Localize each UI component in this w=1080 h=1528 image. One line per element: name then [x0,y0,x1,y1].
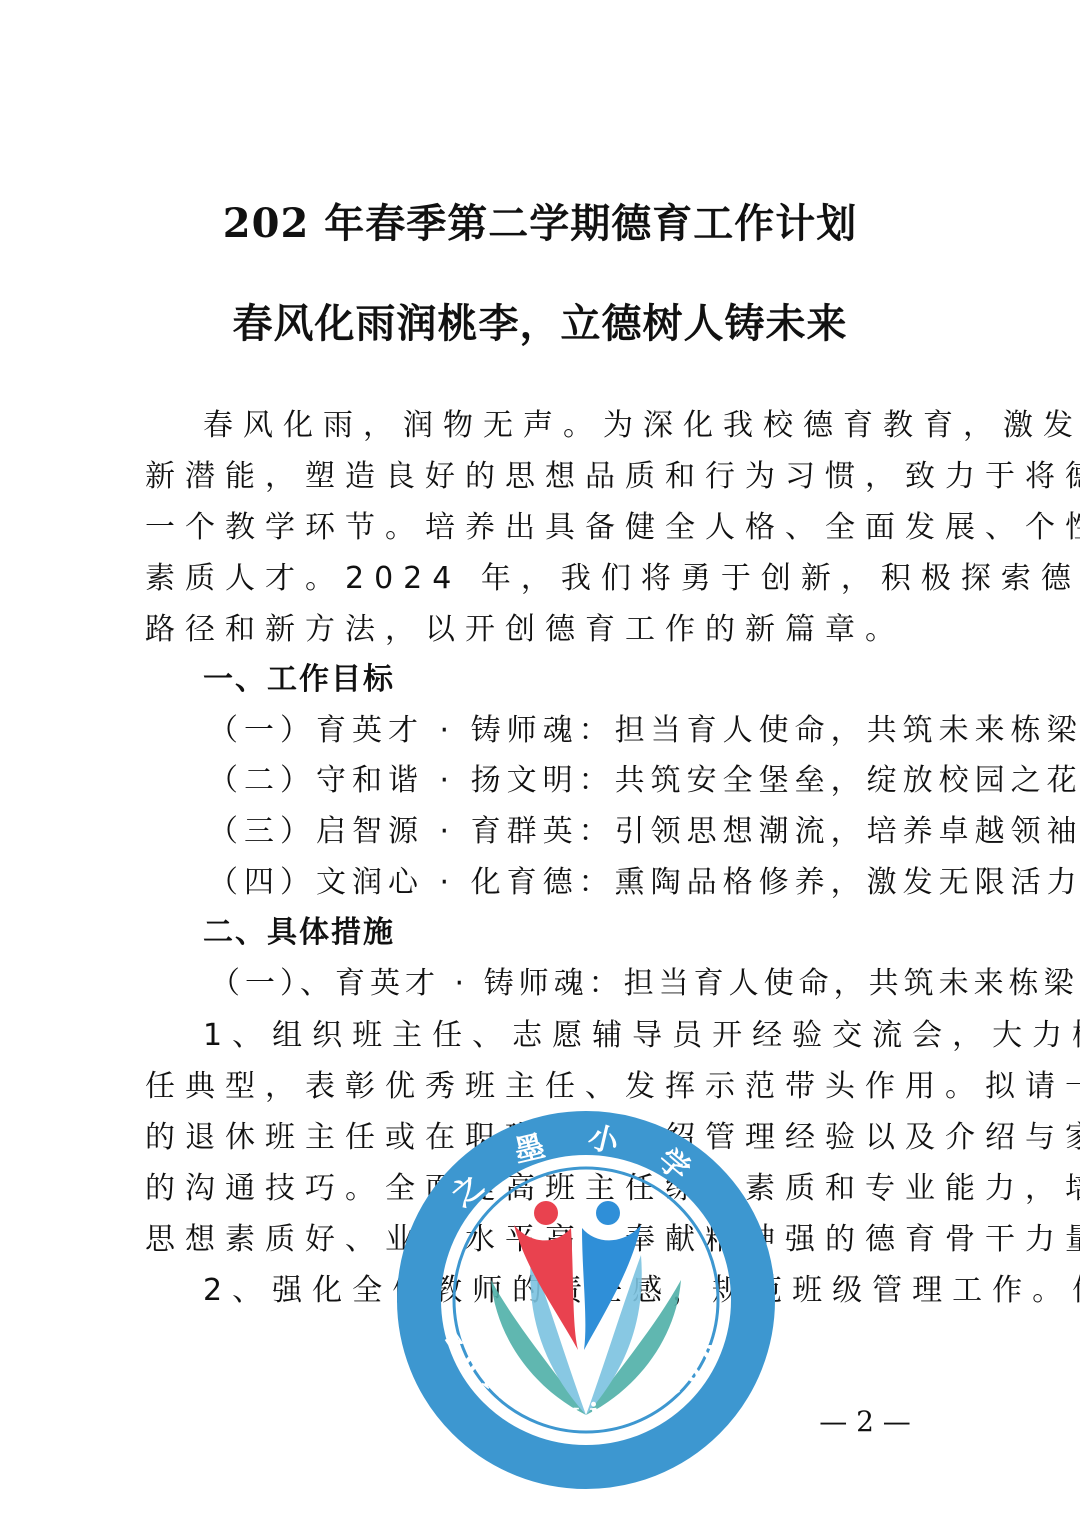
intro-line: 春风化雨，润物无声。为深化我校德育教育，激发学生的创 [145,400,945,451]
document-subtitle: 春风化雨润桃李，立德树人铸未来 [0,292,1080,349]
goal-item: （四）文润心 · 化育德：熏陶品格修养，激发无限活力 [208,857,898,908]
measure-line: 1、组织班主任、志愿辅导员开经验交流会，大力树立班主 [145,1010,945,1061]
intro-line: 新潜能，塑造良好的思想品质和行为习惯，致力于将德育融入每 [145,451,945,502]
goal-item: （二）守和谐 · 扬文明：共筑安全堡垒，绽放校园之花 [208,755,898,806]
intro-line: 素质人才。2024 年，我们将勇于创新，积极探索德育工作的新 [145,553,945,604]
goal-item: （三）启智源 · 育群英：引领思想潮流，培养卓越领袖 [208,806,898,857]
measure-subheading: （一）、育英才 · 铸师魂：担当育人使命，共筑未来栋梁 [210,958,912,1009]
goal-item: （一）育英才 · 铸师魂：担当育人使命，共筑未来栋梁 [208,705,898,756]
school-logo-watermark: 之墨小学 zhimoxiaoxue [396,1110,776,1490]
measure-line: 任典型，表彰优秀班主任、发挥示范带头作用。拟请一批有经验 [145,1061,945,1112]
section-heading-goals: 一、工作目标 [203,654,395,705]
page-number: — 2 — [810,1405,920,1438]
intro-line: 路径和新方法，以开创德育工作的新篇章。 [145,604,945,655]
document-title: 202 年春季第二学期德育工作计划 [0,192,1080,249]
section-heading-measures: 二、具体措施 [203,907,395,958]
document-page: 202 年春季第二学期德育工作计划 春风化雨润桃李，立德树人铸未来 春风化雨，润… [0,0,1080,1528]
intro-line: 一个教学环节。培养出具备健全人格、全面发展、个性鲜明的高 [145,502,945,553]
